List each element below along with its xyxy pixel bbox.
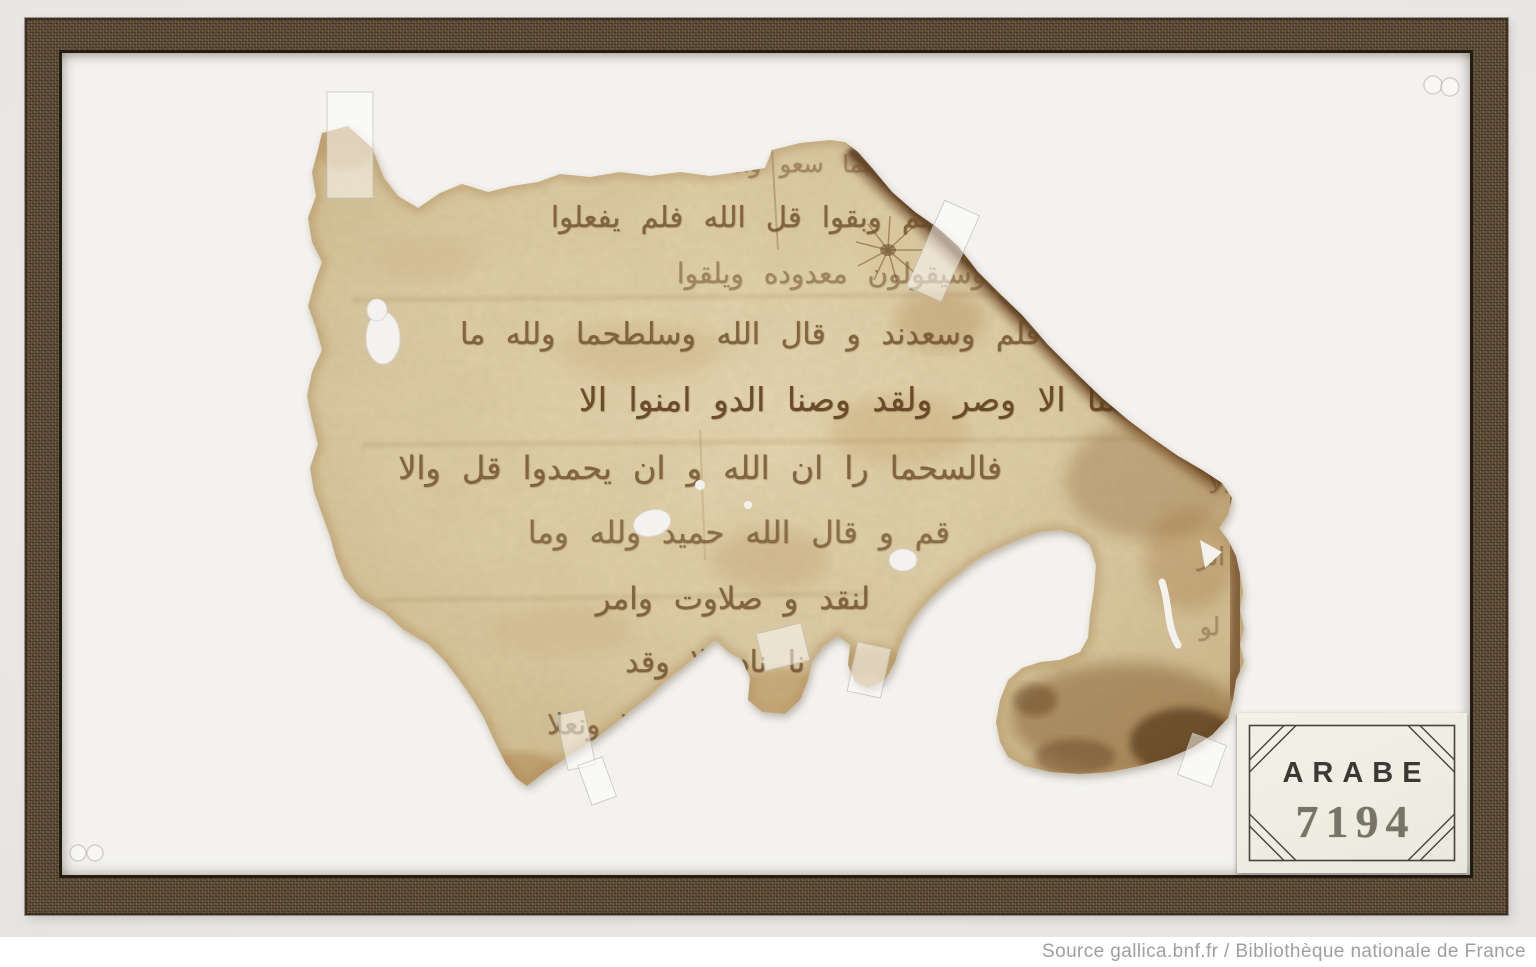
label-border: [1237, 713, 1467, 873]
parchment-hole: [367, 299, 387, 321]
repair-tape: [847, 642, 891, 698]
screenshot: بما سعو واما الم وبقوا قل الله فلم يفعلو…: [0, 0, 1536, 967]
label-shelfmark-number: 7194: [1237, 795, 1467, 848]
attribution-bar: Source gallica.bnf.fr / Bibliothèque nat…: [0, 937, 1536, 967]
repair-tape: [578, 757, 617, 805]
parchment-hole: [889, 549, 917, 571]
repair-tape: [1178, 733, 1227, 787]
repair-tapes: [327, 92, 1226, 805]
glass-bubble: [1424, 76, 1442, 94]
parchment-hole: [630, 506, 673, 541]
parchment-holes: [366, 299, 1222, 645]
shelfmark-label: ARABE 7194: [1237, 713, 1467, 873]
repair-tape: [756, 623, 810, 671]
parchment-hole: [695, 480, 705, 490]
parchment-crack: [1162, 582, 1178, 645]
repair-tape: [327, 92, 373, 198]
glass-bubble: [70, 845, 86, 861]
repair-tape: [907, 200, 980, 301]
parchment-hole: [1200, 540, 1222, 568]
parchment-hole: [744, 501, 752, 509]
attribution-text: Source gallica.bnf.fr / Bibliothèque nat…: [1042, 937, 1526, 967]
label-collection-text: ARABE: [1237, 757, 1467, 790]
parchment-hole: [366, 312, 400, 364]
glass-bubble: [87, 845, 103, 861]
glass-bubble: [1441, 78, 1459, 96]
photograph: بما سعو واما الم وبقوا قل الله فلم يفعلو…: [0, 0, 1536, 937]
